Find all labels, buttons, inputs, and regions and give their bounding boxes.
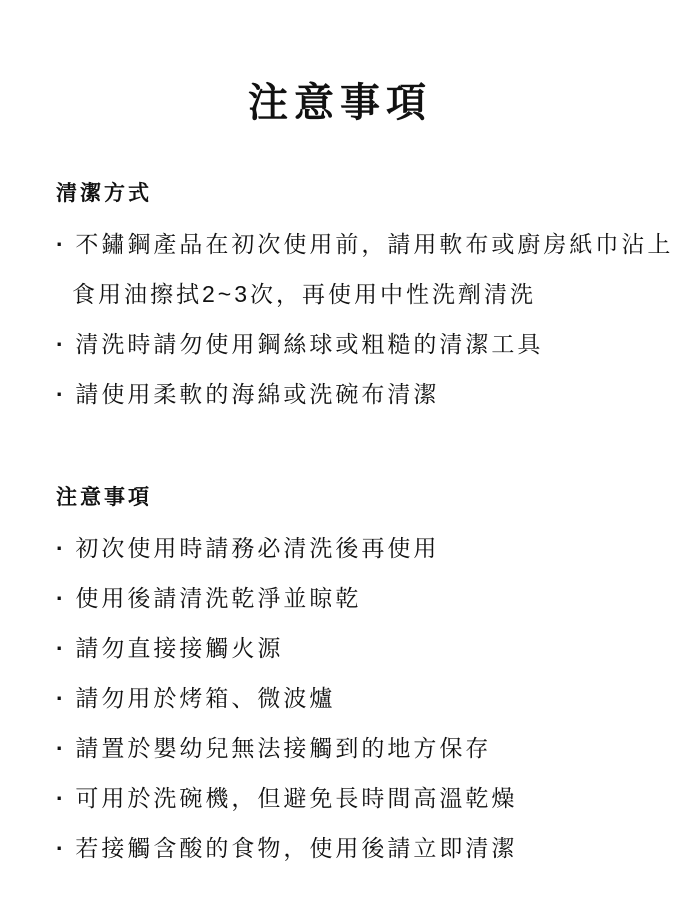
list-item-line: · 使用後請清洗乾淨並晾乾 — [56, 573, 650, 623]
list-item-line: · 若接觸含酸的食物，使用後請立即清潔 — [56, 823, 650, 873]
bullet-list: · 初次使用時請務必清洗後再使用 · 使用後請清洗乾淨並晾乾 · 請勿直接接觸火… — [56, 523, 650, 873]
bullet-dot: · — [56, 823, 66, 873]
bullet-dot: · — [56, 523, 66, 573]
list-item-text: 若接觸含酸的食物，使用後請立即清潔 — [75, 835, 517, 861]
list-item-line: · 清洗時請勿使用鋼絲球或粗糙的清潔工具 — [56, 319, 650, 369]
bullet-dot: · — [56, 673, 66, 723]
page-title: 注意事項 — [0, 77, 680, 129]
section: 注意事項 · 初次使用時請務必清洗後再使用 · 使用後請清洗乾淨並晾乾 · 請勿… — [56, 473, 650, 873]
section: 清潔方式 · 不鏽鋼產品在初次使用前，請用軟布或廚房紙巾沾上 食用油擦拭2~3次… — [56, 169, 650, 419]
bullet-dot: · — [56, 623, 66, 673]
bullet-dot: · — [56, 219, 66, 269]
list-item-line: · 可用於洗碗機，但避免長時間高溫乾燥 — [56, 773, 650, 823]
list-item-line: · 初次使用時請務必清洗後再使用 — [56, 523, 650, 573]
list-item-text: 使用後請清洗乾淨並晾乾 — [75, 585, 361, 611]
document-page: 注意事項 清潔方式 · 不鏽鋼產品在初次使用前，請用軟布或廚房紙巾沾上 食用油擦… — [0, 77, 680, 873]
list-item-line: · 請置於嬰幼兒無法接觸到的地方保存 — [56, 723, 650, 773]
list-item-text: 請置於嬰幼兒無法接觸到的地方保存 — [75, 735, 491, 761]
bullet-dot: · — [56, 773, 66, 823]
section-heading: 注意事項 — [56, 473, 650, 523]
list-item-text: 請使用柔軟的海綿或洗碗布清潔 — [75, 381, 439, 407]
sections-container: 清潔方式 · 不鏽鋼產品在初次使用前，請用軟布或廚房紙巾沾上 食用油擦拭2~3次… — [0, 169, 680, 873]
list-item-text: 初次使用時請務必清洗後再使用 — [75, 535, 439, 561]
list-item-line: · 請勿用於烤箱、微波爐 — [56, 673, 650, 723]
list-item-line: · 請勿直接接觸火源 — [56, 623, 650, 673]
bullet-dot: · — [56, 319, 66, 369]
bullet-list: · 不鏽鋼產品在初次使用前，請用軟布或廚房紙巾沾上 食用油擦拭2~3次，再使用中… — [56, 219, 650, 419]
list-item-text: 請勿直接接觸火源 — [75, 635, 283, 661]
section-heading: 清潔方式 — [56, 169, 650, 219]
list-item-line: · 請使用柔軟的海綿或洗碗布清潔 — [56, 369, 650, 419]
list-item-text: 不鏽鋼產品在初次使用前，請用軟布或廚房紙巾沾上 — [75, 231, 673, 257]
bullet-dot: · — [56, 723, 66, 773]
list-item-text: 清洗時請勿使用鋼絲球或粗糙的清潔工具 — [75, 331, 543, 357]
list-item-text: 可用於洗碗機，但避免長時間高溫乾燥 — [75, 785, 517, 811]
bullet-dot: · — [56, 369, 66, 419]
list-item-text: 食用油擦拭2~3次，再使用中性洗劑清洗 — [72, 281, 536, 307]
list-item-line: · 不鏽鋼產品在初次使用前，請用軟布或廚房紙巾沾上 — [56, 219, 650, 269]
list-item-line: 食用油擦拭2~3次，再使用中性洗劑清洗 — [56, 269, 650, 319]
list-item-text: 請勿用於烤箱、微波爐 — [75, 685, 335, 711]
bullet-dot: · — [56, 573, 66, 623]
